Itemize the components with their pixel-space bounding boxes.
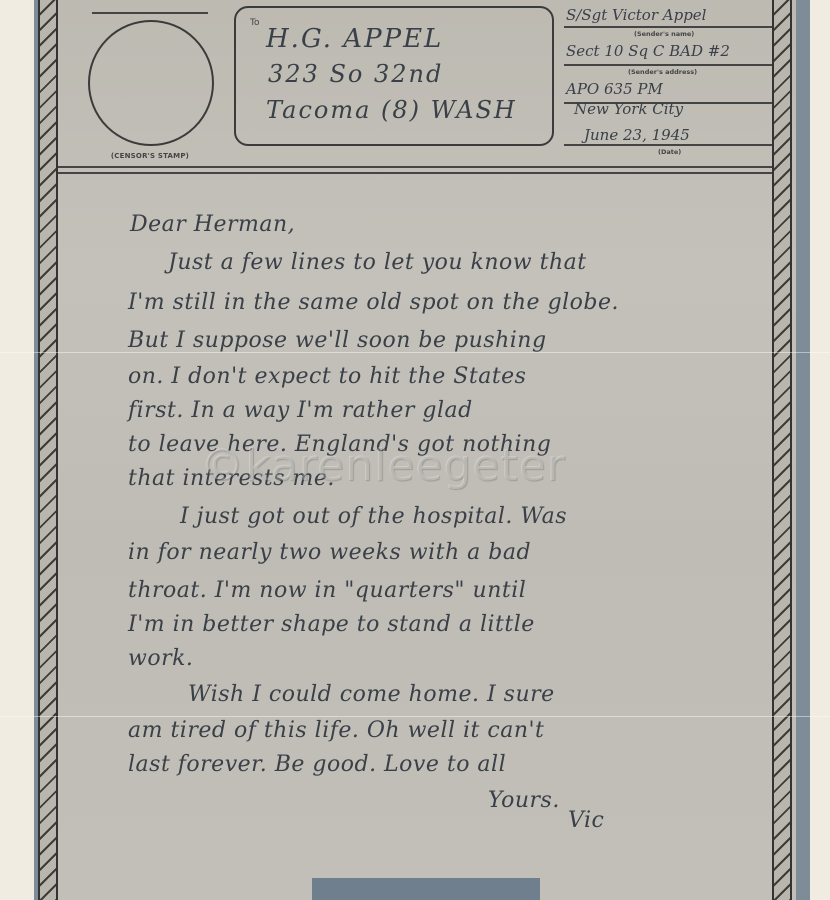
letter-line: first. In a way I'm rather glad — [128, 398, 473, 423]
letter-line: on. I don't expect to hit the States — [128, 364, 526, 389]
right-hatched-border — [772, 0, 792, 900]
copyright-watermark: ©karenleegeter — [200, 440, 566, 491]
signature: Vic — [568, 808, 604, 833]
sender-address-line3: New York City — [574, 100, 683, 118]
letter-line: Wish I could come home. I sure — [188, 682, 555, 707]
sender-name-caption: (Sender's name) — [634, 30, 694, 38]
left-hatched-border — [38, 0, 58, 900]
letter-line: I just got out of the hospital. Was — [180, 504, 567, 529]
sender-address-line1: Sect 10 Sq C BAD #2 — [566, 42, 730, 60]
sender-name-rule — [564, 26, 772, 28]
header-top-rule — [92, 12, 208, 14]
sender-name: S/Sgt Victor Appel — [566, 6, 706, 24]
to-label: To — [250, 18, 259, 28]
sender-address-caption: (Sender's address) — [628, 68, 697, 76]
letter-line: I'm in better shape to stand a little — [128, 612, 535, 637]
censor-stamp-label: (CENSOR'S STAMP) — [100, 152, 200, 160]
recipient-street: 323 So 32nd — [268, 60, 443, 88]
letter-date: June 23, 1945 — [584, 126, 690, 144]
recipient-city-state: Tacoma (8) WASH — [266, 96, 517, 124]
letter-line: work. — [128, 646, 193, 671]
letter-line: But I suppose we'll soon be pushing — [128, 328, 547, 353]
sender-address-rule — [564, 64, 772, 66]
closing: Yours. — [488, 788, 560, 813]
header-separator-bottom — [58, 172, 772, 174]
sender-address-line2: APO 635 PM — [566, 80, 663, 98]
letter-line: in for nearly two weeks with a bad — [128, 540, 531, 565]
envelope-flap-tab — [312, 878, 540, 900]
letter-line: am tired of this life. Oh well it can't — [128, 718, 544, 743]
letter-line: throat. I'm now in "quarters" until — [128, 578, 526, 603]
salutation: Dear Herman, — [130, 212, 295, 237]
date-caption: (Date) — [658, 148, 681, 156]
letter-line: last forever. Be good. Love to all — [128, 752, 506, 777]
date-rule — [564, 144, 772, 146]
letter-line: Just a few lines to let you know that — [168, 250, 587, 275]
letter-line: I'm still in the same old spot on the gl… — [128, 290, 619, 315]
censor-stamp-circle — [88, 20, 214, 146]
recipient-name: H.G. APPEL — [266, 24, 443, 54]
fold-crease — [0, 716, 830, 717]
header-separator-top — [58, 166, 772, 168]
